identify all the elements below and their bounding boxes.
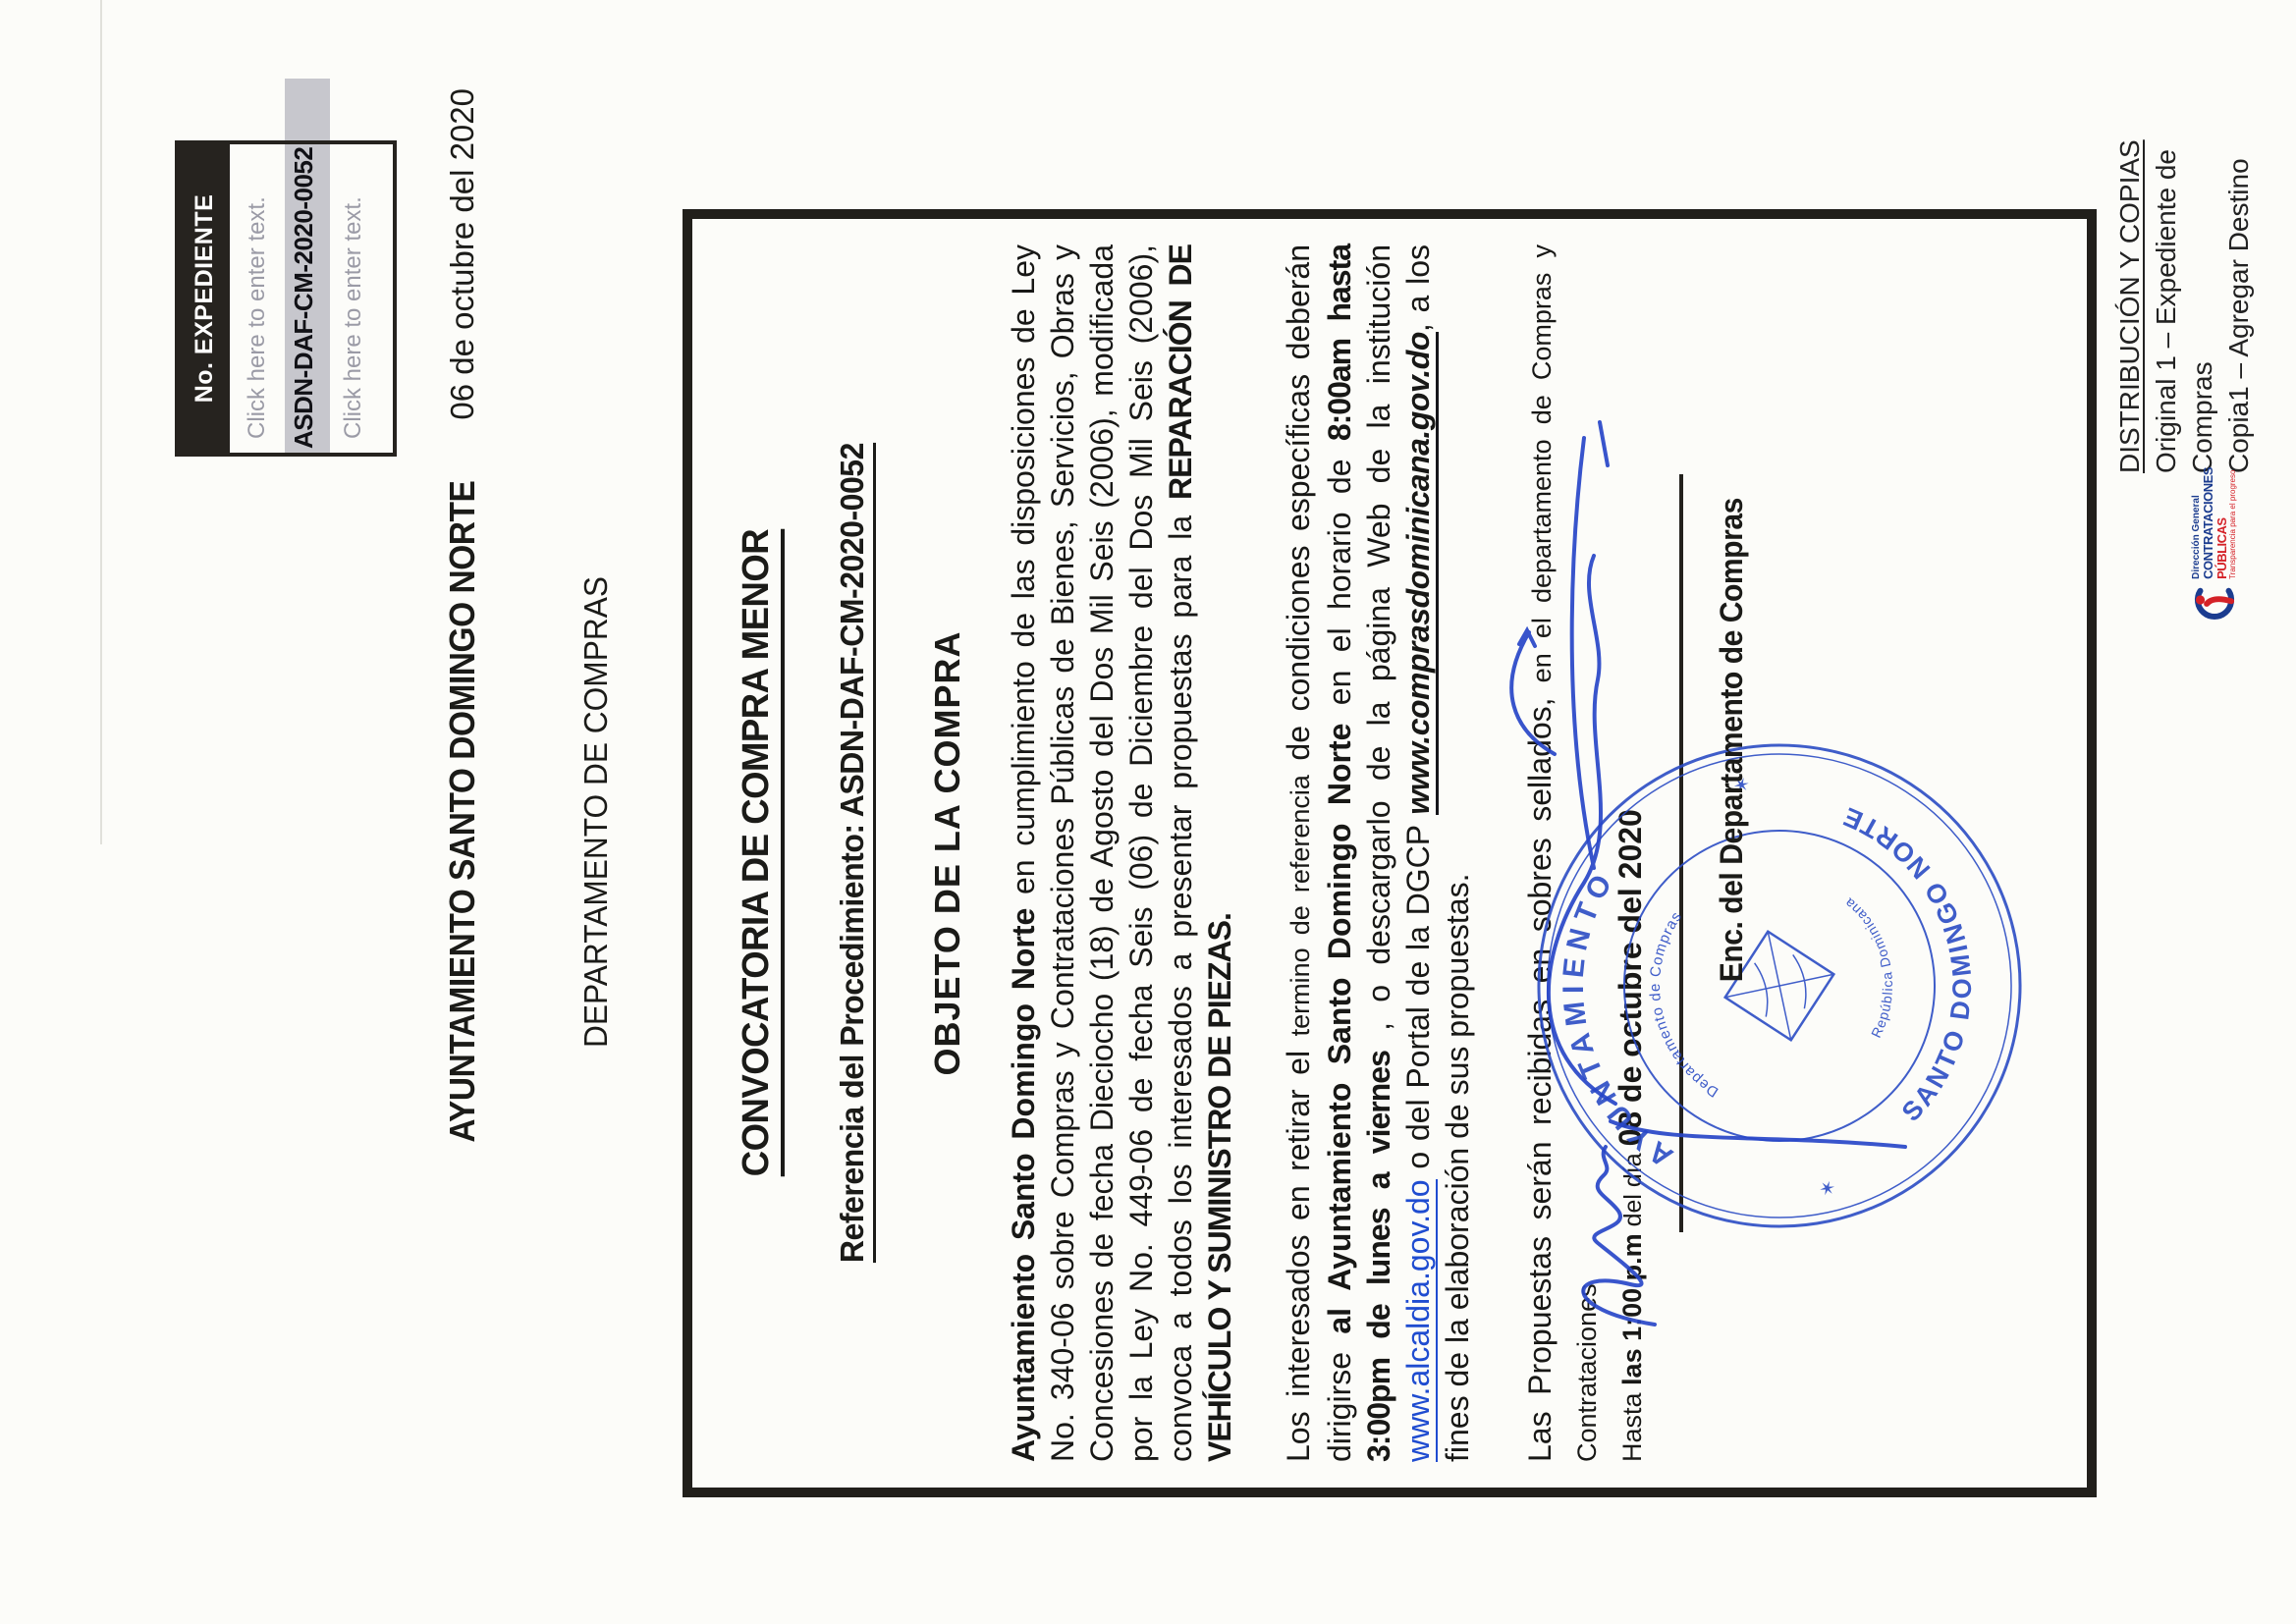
- dgcp-logo: Dirección General CONTRATACIONES PÚBLICA…: [2180, 467, 2249, 624]
- distribution-original: Original 1 – Expediente de Compras: [2148, 51, 2220, 473]
- paragraph-legal-basis: Ayuntamiento Santo Domingo Norte en cump…: [1004, 244, 1239, 1462]
- organization-name: AYUNTAMIENTO SANTO DOMINGO NORTE: [442, 481, 483, 1143]
- org-name-bold: Ayuntamiento Santo Domingo Norte: [1322, 724, 1357, 1291]
- notice-title: CONVOCATORIA DE COMPRA MENOR: [736, 244, 785, 1462]
- dgcp-logo-icon: [2180, 583, 2249, 624]
- org-name-bold: Ayuntamiento Santo Domingo Norte: [1006, 908, 1041, 1462]
- document-date: 06 de octubre del 2020: [444, 88, 481, 420]
- expediente-placeholder-bottom: Click here to enter text.: [326, 144, 377, 453]
- alcaldia-url-link: www.alcaldia.gov.do: [1400, 1179, 1438, 1462]
- section-heading: OBJETO DE LA COMPRA: [927, 244, 968, 1462]
- expediente-case-number: ASDN-DAF-CM-2020-0052: [281, 144, 326, 453]
- document-header: AYUNTAMIENTO SANTO DOMINGO NORTE 06 de o…: [442, 0, 483, 1624]
- scan-edge-artifact: [100, 0, 102, 844]
- expediente-stamp: No. EXPEDIENTE Click here to enter text.…: [175, 140, 397, 457]
- dgcp-logo-text: Dirección General CONTRATACIONES PÚBLICA…: [2180, 467, 2249, 579]
- distribution-copy: Copia1 – Agregar Destino: [2220, 51, 2257, 473]
- department-name: DEPARTAMENTO DE COMPRAS: [577, 0, 615, 1624]
- expediente-header: No. EXPEDIENTE: [179, 144, 230, 453]
- procedure-reference: Referencia del Procedimiento: ASDN-DAF-C…: [834, 244, 876, 1462]
- expediente-placeholder-top: Click here to enter text.: [230, 144, 281, 453]
- signatory-title: Enc. del Departamento de Compras: [1714, 426, 1750, 1055]
- distribution-heading: DISTRIBUCIÓN Y COPIAS: [2111, 51, 2148, 473]
- paragraph-instructions: Los interesados en retirar el termino de…: [1279, 244, 1477, 1462]
- terms-of-reference: termino de referencia: [1285, 775, 1315, 1036]
- scanned-document-page: No. EXPEDIENTE Click here to enter text.…: [0, 0, 2296, 1624]
- compras-dominicana-url-link: www.comprasdominicana.gov.do: [1400, 332, 1439, 815]
- distribution-block: DISTRIBUCIÓN Y COPIAS Original 1 – Exped…: [2111, 51, 2257, 473]
- document-portrait-content: No. EXPEDIENTE Click here to enter text.…: [0, 0, 2296, 1624]
